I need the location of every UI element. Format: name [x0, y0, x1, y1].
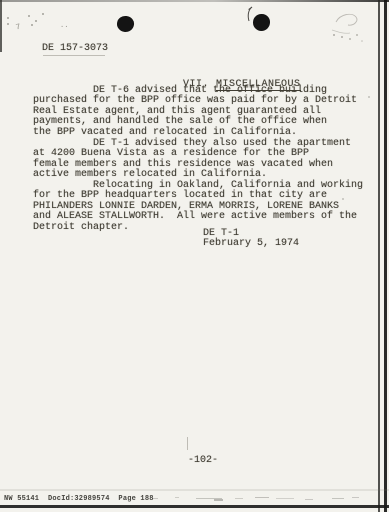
- smudge-mark: [152, 498, 158, 499]
- archive-footer: NW 55141 DocId:32989574 Page 188: [4, 495, 154, 503]
- scan-edge-left: [0, 0, 2, 52]
- pencil-dot-icon: [42, 13, 44, 15]
- smudge-mark: [276, 498, 294, 499]
- paragraph: DE T-1 advised they also used the apartm…: [33, 139, 351, 181]
- scan-speck: [368, 96, 370, 98]
- smudge-mark: [175, 497, 179, 498]
- paragraph: Relocating in Oakland, California and wo…: [33, 181, 363, 233]
- smudge-mark: [332, 498, 344, 499]
- smudge-mark: [305, 499, 313, 500]
- page-number: -102-: [188, 456, 218, 466]
- scan-tick-mark: [187, 437, 188, 450]
- pencil-dot-icon: [31, 24, 33, 26]
- pencil-dot-icon: [35, 20, 37, 22]
- pencil-dot-icon: [28, 15, 30, 17]
- scan-edge-top: [0, 0, 389, 2]
- scanned-document-page: 7 .. DE 157-3073 VII.MISCELLANEOUS DE T-…: [0, 0, 389, 512]
- paragraph: DE T-6 advised that the office building …: [33, 86, 357, 138]
- pencil-dot-icon: [7, 23, 9, 25]
- hole-punch-dot: [116, 15, 135, 33]
- pencil-scribble-icon: [326, 8, 368, 42]
- hole-punch-dot: [253, 14, 270, 31]
- file-number: DE 157-3073: [42, 44, 108, 54]
- pencil-scribble-icon: 7: [15, 24, 21, 33]
- smudge-mark: [235, 498, 243, 499]
- pen-check-mark-icon: [245, 6, 255, 22]
- source-attribution: DE T-1 February 5, 1974: [203, 229, 299, 250]
- smudge-mark: [255, 497, 269, 498]
- scan-edge-right-inner: [378, 0, 380, 512]
- scan-edge-bottom: [0, 505, 389, 508]
- file-number-underline: [43, 55, 105, 56]
- scan-crease-line: [0, 489, 389, 491]
- smudge-mark: [352, 497, 359, 498]
- pencil-dot-icon: [7, 17, 9, 19]
- pencil-scribble-icon: ..: [60, 22, 68, 30]
- scan-edge-right-outer: [384, 0, 387, 512]
- smudge-mark: [214, 499, 223, 501]
